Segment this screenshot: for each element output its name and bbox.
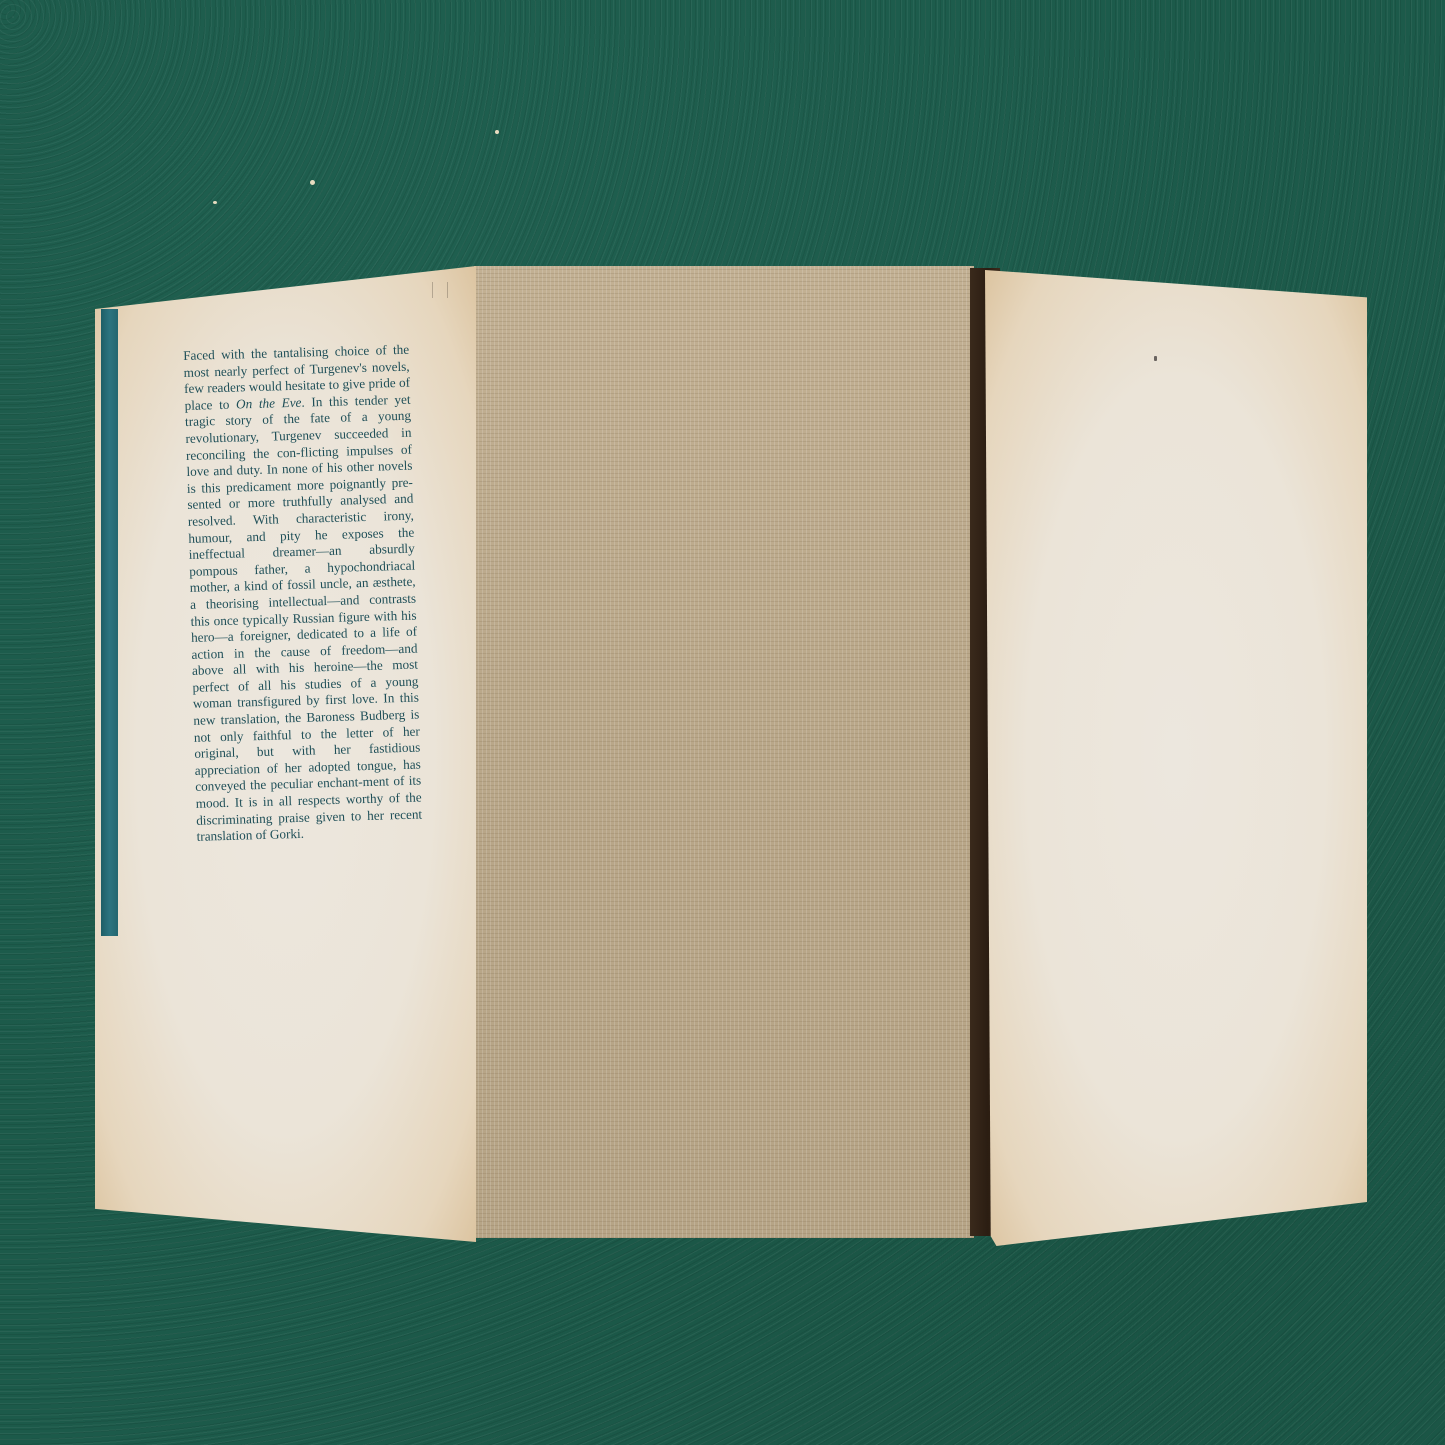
paper-blemish — [1154, 356, 1157, 361]
book-cloth-board — [474, 266, 974, 1238]
felt-speck — [213, 201, 217, 204]
blurb-part-2: . In this tender yet tragic story of the… — [185, 391, 422, 844]
felt-speck — [495, 130, 499, 134]
pencil-mark — [432, 282, 448, 298]
flap-blurb-text: Faced with the tantalising choice of the… — [183, 342, 423, 846]
felt-speck — [310, 180, 315, 185]
blurb-book-title: On the Eve — [236, 394, 302, 411]
dust-jacket-back-flap — [985, 268, 1367, 1246]
jacket-spine-teal-strip — [101, 309, 118, 936]
